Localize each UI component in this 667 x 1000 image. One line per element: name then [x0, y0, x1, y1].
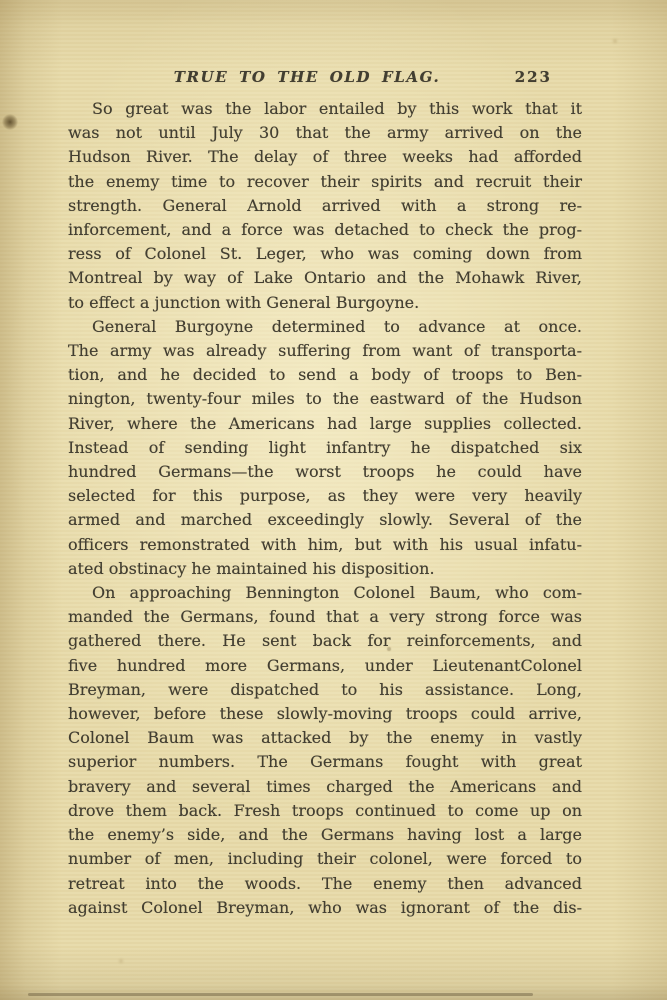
text-line: ated obstinacy he maintained his disposi…	[68, 557, 582, 581]
text-line: superior numbers. The Germans fought wit…	[68, 750, 582, 774]
text-block: So great was the labor entailed by this …	[68, 97, 582, 920]
text-line: was not until July 30 that the army arri…	[68, 121, 582, 145]
text-line: hundred Germans—the worst troops he coul…	[68, 460, 582, 484]
text-line: strength. General Arnold arrived with a …	[68, 194, 582, 218]
scan-artifact-line	[28, 993, 533, 996]
paper-specks	[0, 0, 2, 2]
text-line: River, where the Americans had large sup…	[68, 412, 582, 436]
text-line: Hudson River. The delay of three weeks h…	[68, 145, 582, 169]
text-line: Instead of sending light infantry he dis…	[68, 436, 582, 460]
text-line: So great was the labor entailed by this …	[68, 97, 582, 121]
text-line: the enemy’s side, and the Germans having…	[68, 823, 582, 847]
page-number: 223	[515, 68, 552, 86]
text-line: tion, and he decided to send a body of t…	[68, 363, 582, 387]
text-line: to effect a junction with General Burgoy…	[68, 291, 582, 315]
text-line: manded the Germans, found that a very st…	[68, 605, 582, 629]
text-line: On approaching Bennington Colonel Baum, …	[68, 581, 582, 605]
text-line: inforcement, and a force was detached to…	[68, 218, 582, 242]
text-line: bravery and several times charged the Am…	[68, 775, 582, 799]
book-page: TRUE TO THE OLD FLAG. 223 So great was t…	[0, 0, 667, 1000]
text-line: gathered there. He sent back for reinfor…	[68, 629, 582, 653]
text-line: however, before these slowly-moving troo…	[68, 702, 582, 726]
text-line: the enemy time to recover their spirits …	[68, 170, 582, 194]
running-header: TRUE TO THE OLD FLAG.	[50, 68, 564, 86]
text-line: Colonel Baum was attacked by the enemy i…	[68, 726, 582, 750]
text-line: officers remonstrated with him, but with…	[68, 533, 582, 557]
page-header: TRUE TO THE OLD FLAG. 223	[68, 68, 582, 90]
ink-spot	[2, 114, 18, 130]
text-line: five hundred more Germans, under Lieuten…	[68, 654, 582, 678]
text-line: selected for this purpose, as they were …	[68, 484, 582, 508]
text-line: nington, twenty-four miles to the eastwa…	[68, 387, 582, 411]
text-line: number of men, including their colonel, …	[68, 847, 582, 871]
text-line: Montreal by way of Lake Ontario and the …	[68, 266, 582, 290]
text-line: armed and marched exceedingly slowly. Se…	[68, 508, 582, 532]
text-line: The army was already suffering from want…	[68, 339, 582, 363]
text-line: drove them back. Fresh troops continued …	[68, 799, 582, 823]
text-line: retreat into the woods. The enemy then a…	[68, 872, 582, 896]
text-line: against Colonel Breyman, who was ignoran…	[68, 896, 582, 920]
text-line: General Burgoyne determined to advance a…	[68, 315, 582, 339]
text-line: ress of Colonel St. Leger, who was comin…	[68, 242, 582, 266]
text-line: Breyman, were dispatched to his assistan…	[68, 678, 582, 702]
